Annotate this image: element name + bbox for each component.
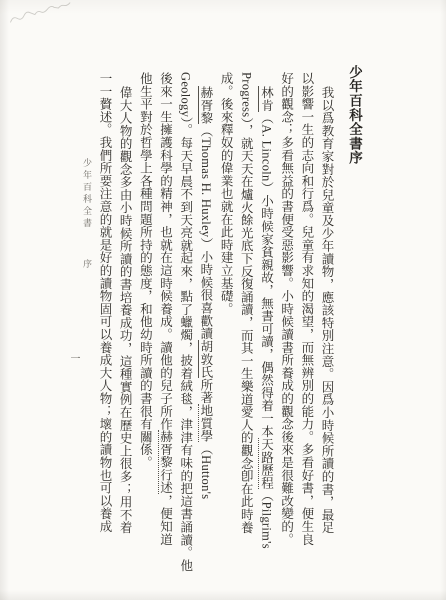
scanned-page: 少年百科全書序 我以爲教育家對於兒童及少年讀物，應該特別注意。因爲小時候所讀的書…: [0, 0, 446, 600]
text-run: ，便知道: [159, 494, 173, 545]
text-column: 赫胥黎（Thomas H. Huxley）小時候很喜歡讀胡敦氏所著地質學（Hut…: [196, 72, 216, 552]
text-column: 後來一生擁護科學的精神，也就在這時候養成。讀他的兒子所作赫胥黎行述，便知道: [155, 72, 175, 552]
text-column: 以影響一生的志向和行爲。兒童有求知的渴望，而無辨別的能力。多看好書，便生良: [297, 72, 317, 552]
section-label: 序: [82, 259, 92, 271]
text-run: 偉大人物的觀念多由小時候所讀的書培養成功，這種實例在歷史上很多；用不着: [118, 86, 132, 534]
name-marked-text: 胡敦氏: [198, 340, 213, 378]
page-number: 一: [66, 353, 81, 363]
book-marked-text: 赫胥黎行述: [158, 430, 173, 494]
name-marked-text: 赫胥黎: [198, 86, 213, 124]
text-run: （Thomas H. Huxley）小時候很喜歡讀: [199, 124, 213, 339]
book-marked-text: 天路歷程: [258, 438, 273, 489]
page-title: 少年百科全書序: [344, 65, 364, 165]
text-column: Geology）。每天早晨不到天亮就起來，點了蠟燭，披着絨毯，津津有味的把這書誦…: [176, 72, 196, 552]
text-run: （Hutton's: [199, 442, 213, 499]
text-run: 好的觀念；多看無益的書便受惡影響。小時候讀書所養成的觀念後來是很難改變的。: [280, 72, 294, 546]
handwritten-annotation: [7, 2, 73, 29]
text-column: 好的觀念；多看無益的書便受惡影響。小時候讀書所養成的觀念後來是很難改變的。: [276, 72, 296, 552]
text-run: 他生平對於哲學上各種問題所持的態度，和他幼時所讀的書很有關係。: [138, 72, 152, 469]
name-marked-text: 林肯: [258, 86, 273, 112]
text-run: 成。後來釋奴的偉業也就在此時建立基礎。: [219, 72, 233, 315]
text-column: 偉大人物的觀念多由小時候所讀的書培養成功，這種實例在歷史上很多；用不着: [115, 72, 135, 552]
running-header: 少年百科全書 序: [81, 158, 94, 271]
text-column: 他生平對於哲學上各種問題所持的態度，和他幼時所讀的書很有關係。: [135, 72, 155, 552]
text-column: Progress），就天天在爐火餘光底下反復誦讀，而其一生樂道愛人的觀念卽在此時…: [236, 72, 256, 552]
text-run: （Pilgrim's: [259, 489, 273, 549]
text-column: 成。後來釋奴的偉業也就在此時建立基礎。: [216, 72, 236, 552]
text-run: 後來一生擁護科學的精神，也就在這時候養成。讀他的兒子所作: [159, 72, 173, 430]
book-marked-text: 地質學: [198, 404, 213, 442]
text-block: 我以爲教育家對於兒童及少年讀物，應該特別注意。因爲小時候所讀的書，最足以影響一生…: [95, 72, 337, 552]
text-run: Progress），就天天在爐火餘光底下反復誦讀，而其一生樂道愛人的觀念卽在此時…: [239, 72, 253, 534]
text-column: 林肯（A. Lincoln）小時候家貧親故，無書可讀，偶然得着一本天路歷程（Pi…: [256, 72, 276, 552]
text-run: 所著: [199, 378, 213, 404]
running-title: 少年百科全書: [82, 158, 92, 230]
text-run: Geology）。每天早晨不到天亮就起來，點了蠟燭，披着絨毯，津津有味的把這書誦…: [179, 72, 193, 572]
text-column: 我以爲教育家對於兒童及少年讀物，應該特別注意。因爲小時候所讀的書，最足: [317, 72, 337, 552]
text-run: 一一贅述。我們所要注意的就是好的讀物固可以養成大人物；壞的讀物也可以養成: [98, 72, 112, 533]
text-column: 一一贅述。我們所要注意的就是好的讀物固可以養成大人物；壞的讀物也可以養成: [95, 72, 115, 552]
text-run: 以影響一生的志向和行爲。兒童有求知的渴望，而無辨別的能力。多看好書，便生良: [300, 72, 314, 546]
text-run: 我以爲教育家對於兒童及少年讀物，應該特別注意。因爲小時候所讀的書，最足: [320, 86, 334, 534]
text-run: （A. Lincoln）小時候家貧親故，無書可讀，偶然得着一本: [259, 112, 273, 438]
